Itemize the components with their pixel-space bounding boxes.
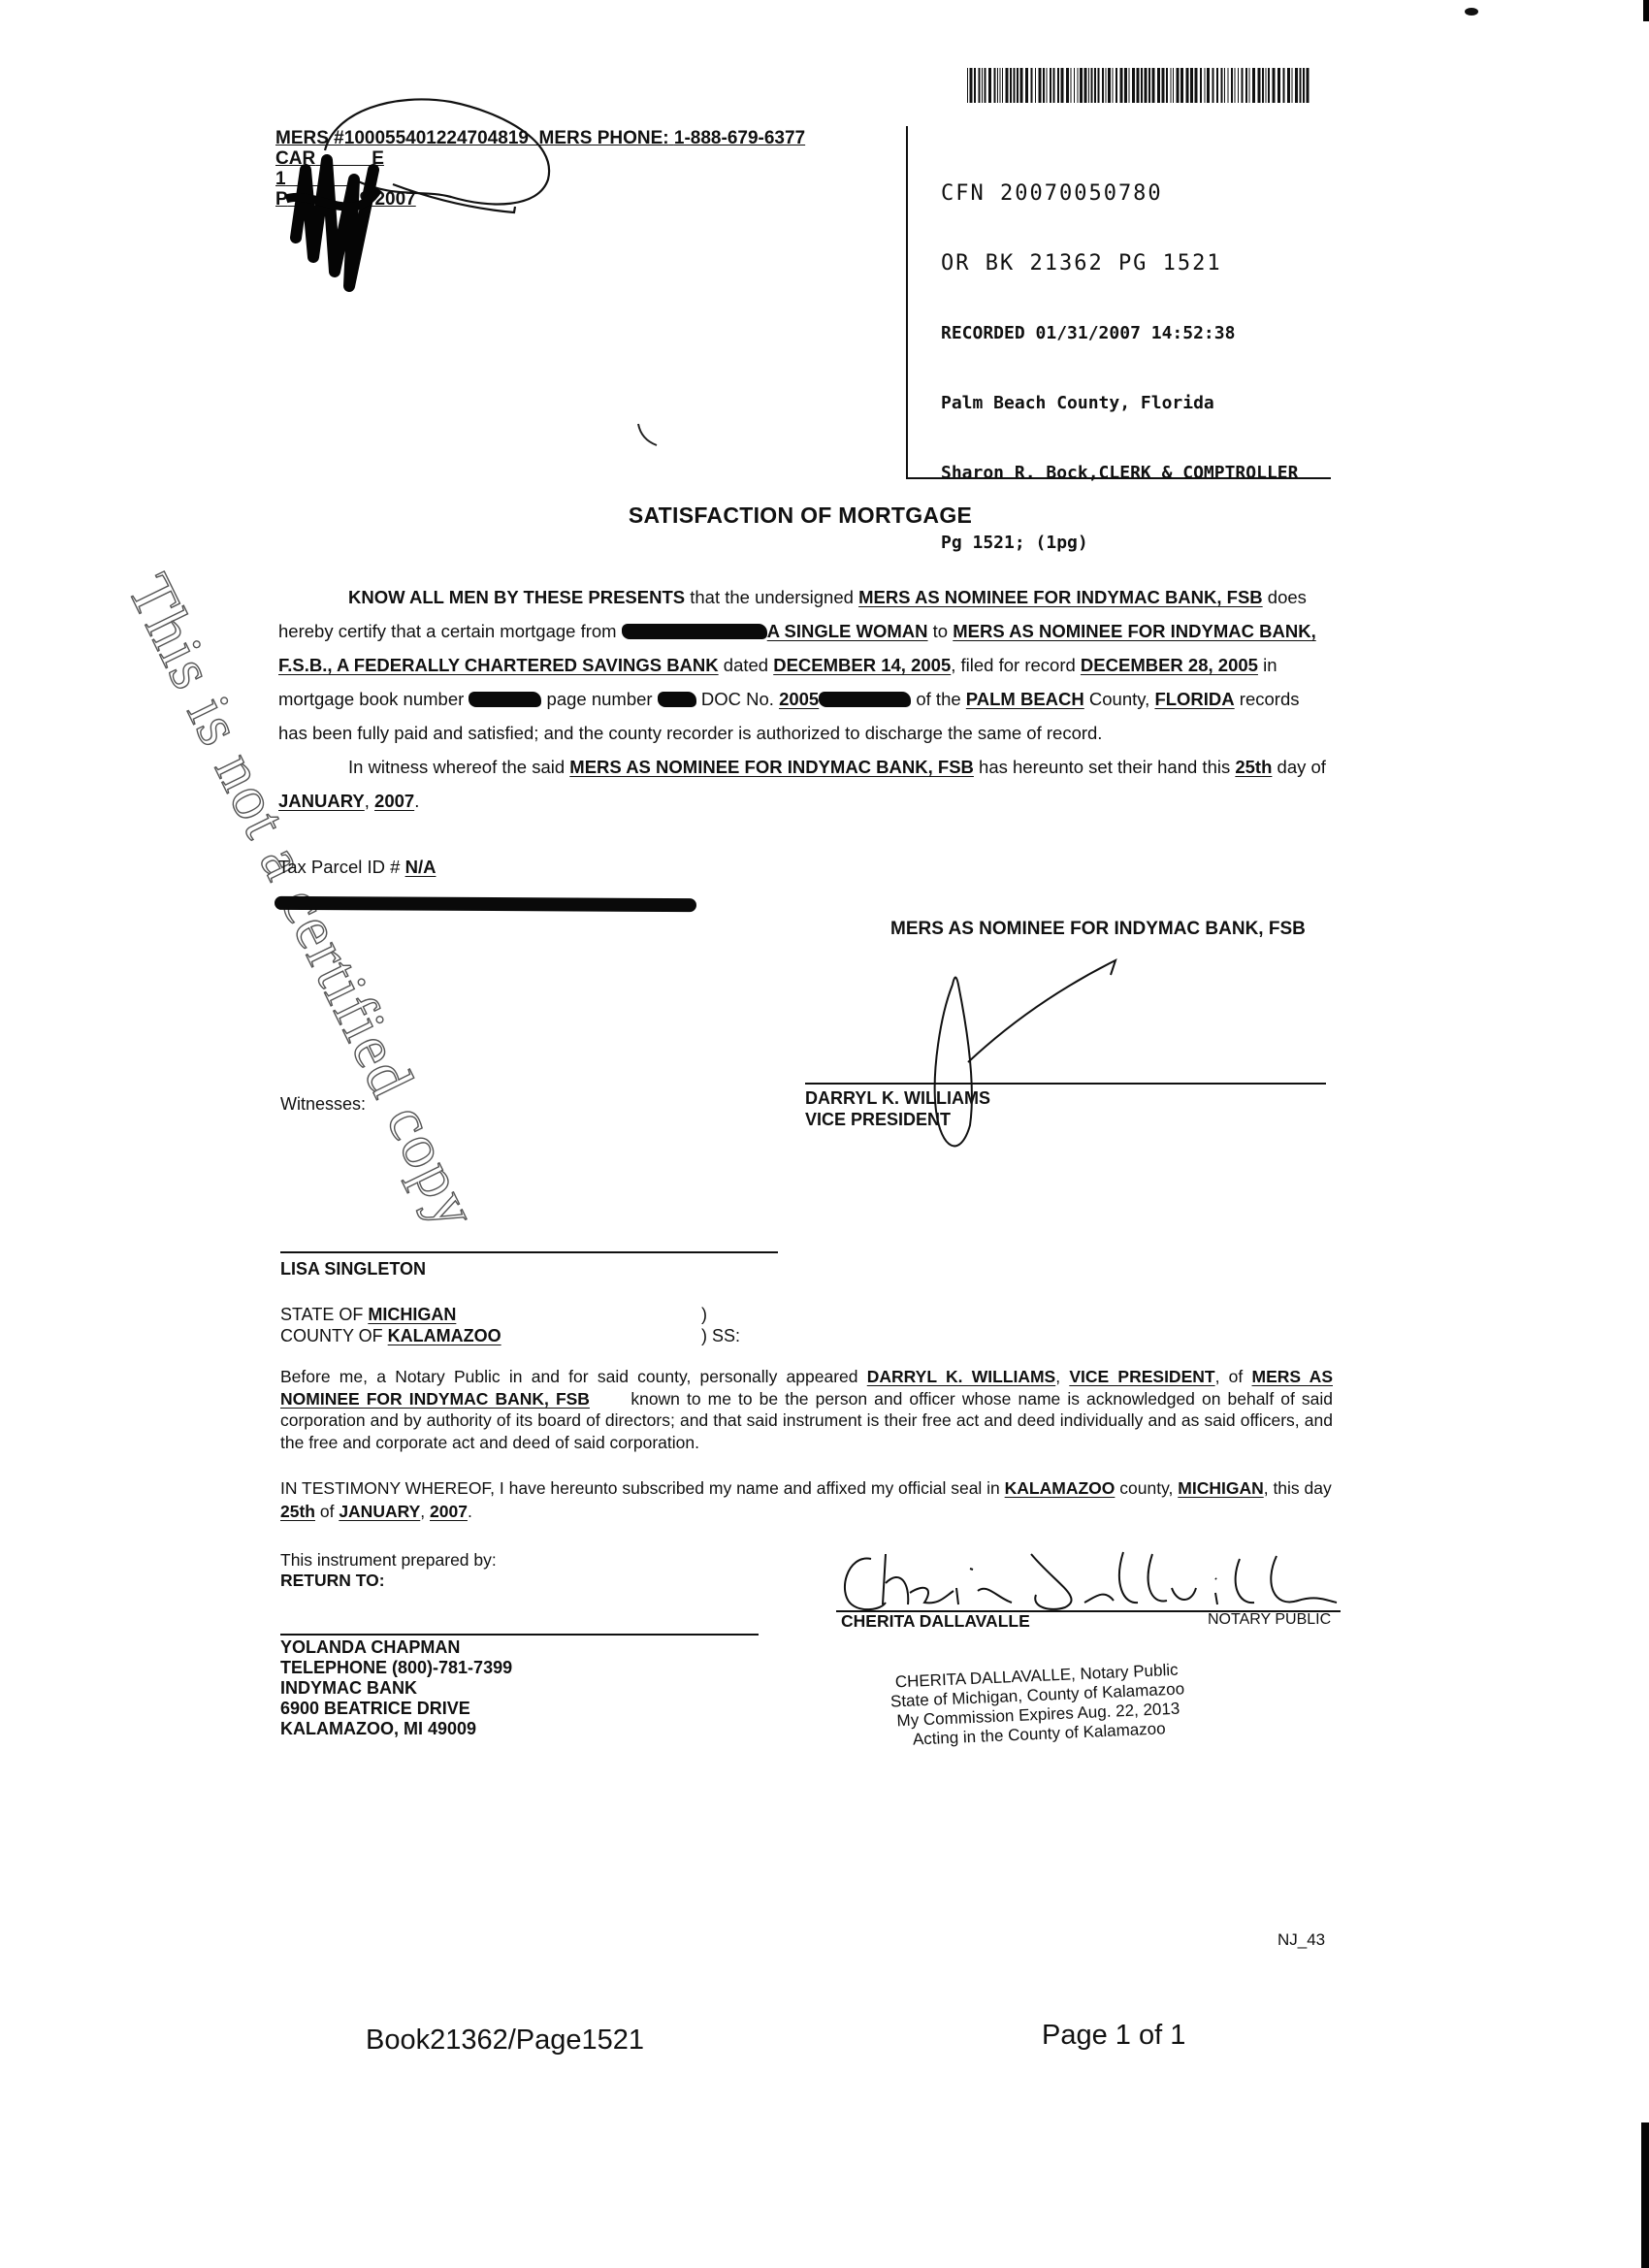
body-text: IN TESTIMONY WHEREOF, I have hereunto su… <box>280 1478 1005 1498</box>
redacted-grantor <box>622 624 767 639</box>
notary-stamp: CHERITA DALLAVALLE, Notary Public State … <box>857 1659 1218 1752</box>
tax-parcel-value: N/A <box>405 857 436 877</box>
venue-label: STATE OF <box>280 1305 368 1324</box>
witness-name: LISA SINGLETON <box>280 1259 426 1280</box>
notary-name: CHERITA DALLAVALLE <box>841 1611 1030 1632</box>
body-text: that the undersigned <box>685 587 858 607</box>
return-address: YOLANDA CHAPMAN TELEPHONE (800)-781-7399… <box>280 1637 512 1739</box>
return-street: 6900 BEATRICE DRIVE <box>280 1699 512 1719</box>
return-company: INDYMAC BANK <box>280 1678 512 1699</box>
signing-day: 25th <box>1235 757 1272 777</box>
certification-paragraph: KNOW ALL MEN BY THESE PRESENTS that the … <box>278 580 1331 750</box>
mortgage-date: DECEMBER 14, 2005 <box>773 655 951 675</box>
return-phone: TELEPHONE (800)-781-7399 <box>280 1658 512 1678</box>
signing-company: MERS AS NOMINEE FOR INDYMAC BANK, FSB <box>569 757 974 777</box>
body-text: , this day <box>1264 1478 1332 1498</box>
barcode <box>965 68 1314 103</box>
testimony-county: KALAMAZOO <box>1005 1478 1115 1498</box>
body-text: of the <box>911 689 966 709</box>
signer-block: DARRYL K. WILLIAMS VICE PRESIDENT <box>805 1087 990 1130</box>
ack-signer: DARRYL K. WILLIAMS <box>867 1367 1055 1386</box>
tax-parcel-label: Tax Parcel ID # <box>278 857 405 877</box>
property-state: FLORIDA <box>1154 689 1234 709</box>
body-text: has hereunto set their hand this <box>974 757 1235 777</box>
grantor-status: A SINGLE WOMAN <box>767 621 928 641</box>
testimony-year: 2007 <box>430 1502 468 1521</box>
property-county: PALM BEACH <box>966 689 1084 709</box>
venue-block: STATE OF MICHIGAN COUNTY OF KALAMAZOO <box>280 1304 501 1346</box>
return-name: YOLANDA CHAPMAN <box>280 1637 512 1658</box>
body-text: Before me, a Notary Public in and for sa… <box>280 1367 867 1386</box>
testimony-month: JANUARY <box>339 1502 420 1521</box>
recording-clerk: Sharon R. Bock,CLERK & COMPTROLLER <box>941 462 1298 485</box>
body-text: , filed for record <box>951 655 1081 675</box>
mers-phone: 1-888-679-6377 <box>674 128 805 148</box>
body-text: . <box>468 1502 472 1521</box>
return-city: KALAMAZOO, MI 49009 <box>280 1719 512 1739</box>
signing-month: JANUARY <box>278 791 365 811</box>
venue-paren: ) <box>701 1304 740 1325</box>
signing-year: 2007 <box>374 791 414 811</box>
notarial-acknowledgment: Before me, a Notary Public in and for sa… <box>280 1366 1333 1453</box>
stray-pen-mark <box>635 422 664 451</box>
document-code: NJ_43 <box>1277 1930 1325 1950</box>
testimony-paragraph: IN TESTIMONY WHEREOF, I have hereunto su… <box>280 1476 1333 1523</box>
document-title: SATISFACTION OF MORTGAGE <box>0 502 1600 529</box>
venue-county-line: COUNTY OF KALAMAZOO <box>280 1325 501 1346</box>
venue-label: COUNTY OF <box>280 1326 388 1345</box>
body-text: , of <box>1215 1367 1252 1386</box>
body-text: dated <box>719 655 774 675</box>
prepared-by-label: This instrument prepared by: <box>280 1550 497 1571</box>
scan-speck <box>1465 8 1478 16</box>
signature-line <box>805 1083 1326 1085</box>
signer-title: VICE PRESIDENT <box>805 1109 990 1130</box>
redacted-doc-number <box>819 692 911 707</box>
filed-date: DECEMBER 28, 2005 <box>1081 655 1258 675</box>
body-text: to <box>928 621 954 641</box>
body-text: county, <box>1115 1478 1178 1498</box>
cfn-number: CFN 20070050780 <box>941 182 1298 206</box>
recording-county: Palm Beach County, Florida <box>941 392 1298 415</box>
body-text: , <box>365 791 374 811</box>
signer-name: DARRYL K. WILLIAMS <box>805 1087 990 1109</box>
prepared-by-block: This instrument prepared by: RETURN TO: <box>280 1550 497 1591</box>
footer-book-page: Book21362/Page1521 <box>366 2025 644 2057</box>
return-to-label: RETURN TO: <box>280 1571 497 1591</box>
notary-title: NOTARY PUBLIC <box>1208 1611 1331 1629</box>
venue-ss-label: ) SS: <box>701 1325 740 1346</box>
book-page-ref: OR BK 21362 PG 1521 <box>941 252 1298 275</box>
testimony-state: MICHIGAN <box>1178 1478 1263 1498</box>
body-text: , <box>1055 1367 1069 1386</box>
body-text: , <box>420 1502 430 1521</box>
venue-state: MICHIGAN <box>368 1305 456 1324</box>
witness-clause-paragraph: In witness whereof the said MERS AS NOMI… <box>278 750 1331 818</box>
venue-county: KALAMAZOO <box>388 1326 501 1345</box>
body-text: day of <box>1272 757 1326 777</box>
body-text: of <box>315 1502 339 1521</box>
return-to-line <box>280 1634 759 1636</box>
witness-signature-line <box>280 1251 778 1253</box>
ack-title: VICE PRESIDENT <box>1069 1367 1214 1386</box>
redacted-book-number <box>469 692 541 707</box>
venue-state-line: STATE OF MICHIGAN <box>280 1304 501 1325</box>
assignee-name: MERS AS NOMINEE FOR INDYMAC BANK, FSB <box>858 587 1263 607</box>
recorded-datetime: RECORDED 01/31/2007 14:52:38 <box>941 322 1298 345</box>
tax-parcel-line: Tax Parcel ID # N/A <box>278 857 436 878</box>
redacted-property-address <box>275 896 696 912</box>
signatory-company: MERS AS NOMINEE FOR INDYMAC BANK, FSB <box>890 919 1306 940</box>
body-text: In witness whereof the said <box>348 757 569 777</box>
scan-edge-artifact <box>1643 0 1649 21</box>
doc-number-prefix: 2005 <box>779 689 819 709</box>
venue-ss: ) ) SS: <box>701 1304 740 1346</box>
redacted-page-number <box>658 692 696 707</box>
body-text: DOC No. <box>696 689 779 709</box>
body-text: County, <box>1084 689 1155 709</box>
body-text: page number <box>541 689 657 709</box>
footer-page-count: Page 1 of 1 <box>1042 2020 1185 2052</box>
scan-edge-artifact <box>1641 2122 1649 2268</box>
recording-pages: Pg 1521; (1pg) <box>941 532 1298 555</box>
testimony-day: 25th <box>280 1502 315 1521</box>
body-text: . <box>414 791 419 811</box>
lead-phrase: KNOW ALL MEN BY THESE PRESENTS <box>348 587 685 607</box>
document-body: KNOW ALL MEN BY THESE PRESENTS that the … <box>278 580 1331 818</box>
witnesses-label: Witnesses: <box>280 1094 366 1115</box>
handwritten-scribble <box>276 92 567 315</box>
